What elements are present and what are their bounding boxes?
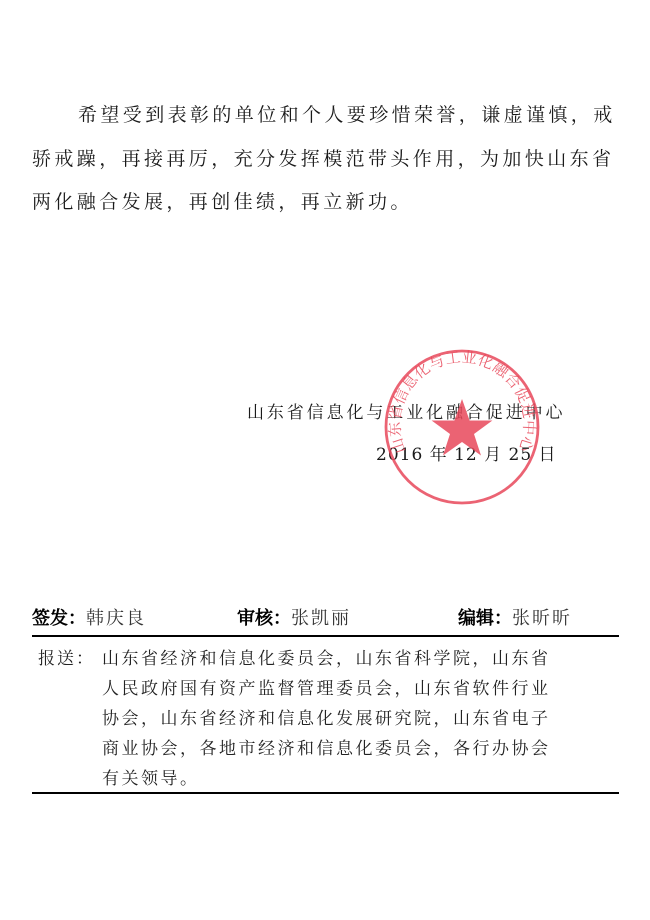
- distribution-line: 有关领导。: [102, 764, 200, 789]
- distribution-line: 协会，山东省经济和信息化发展研究院，山东省电子: [102, 704, 551, 729]
- top-divider: [32, 635, 619, 637]
- official-seal: 山东省信息化与工业化融合促进中心: [382, 347, 542, 507]
- distribution-label: 报送：: [38, 644, 95, 669]
- editor-label: 编辑：: [458, 608, 512, 629]
- signature-date: 2016 年 12 月 25 日: [376, 440, 557, 465]
- paragraph-line: 两化融合发展，再创佳绩，再立新功。: [32, 191, 413, 213]
- reviewer-label: 审核：: [237, 608, 291, 629]
- signature-organization: 山东省信息化与工业化融合促进中心: [247, 398, 565, 423]
- editor-name: 张昕昕: [512, 608, 572, 629]
- distribution-line: 商业协会，各地市经济和信息化委员会，各行办协会: [102, 734, 551, 759]
- paragraph-line: 骄戒躁，再接再厉，充分发挥模范带头作用，为加快山东省: [32, 148, 614, 170]
- distribution-line: 山东省经济和信息化委员会，山东省科学院，山东省: [102, 644, 551, 669]
- reviewer-field: 审核：张凯丽: [237, 604, 351, 630]
- bottom-divider: [32, 792, 619, 794]
- reviewer-name: 张凯丽: [291, 608, 351, 629]
- paragraph-line: 希望受到表彰的单位和个人要珍惜荣誉，谦虚谨慎，戒: [78, 104, 616, 126]
- issuer-label: 签发：: [32, 608, 86, 629]
- editor-field: 编辑：张昕昕: [458, 604, 572, 630]
- issuer-field: 签发：韩庆良: [32, 604, 146, 630]
- distribution-line: 人民政府国有资产监督管理委员会，山东省软件行业: [102, 674, 551, 699]
- issuer-name: 韩庆良: [86, 608, 146, 629]
- seal-icon: 山东省信息化与工业化融合促进中心: [382, 347, 542, 507]
